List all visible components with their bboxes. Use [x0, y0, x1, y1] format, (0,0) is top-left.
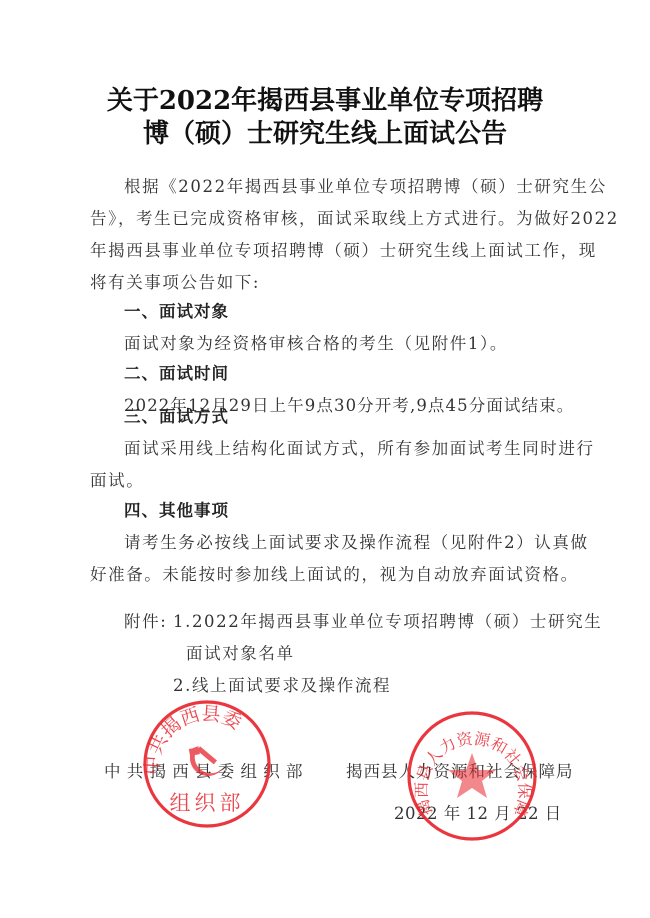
party-organization-seal-icon: 中共揭西县委 组织部 — [141, 698, 273, 830]
intro-line-1: 根据《2022年揭西县事业单位专项招聘博（硕）士研究生公 — [124, 173, 607, 197]
section-heading-3: 三、面试方式 — [124, 403, 229, 427]
intro-line-2: 告》，考生已完成资格审核，面试采取线上方式进行。为做好2022 — [90, 205, 619, 229]
attachment-1-line-1: 1.2022年揭西县事业单位专项招聘博（硕）士研究生 — [173, 608, 602, 632]
title-line-2: 博（硕）士研究生线上面试公告 — [0, 113, 650, 150]
title-line-1: 关于2022年揭西县事业单位专项招聘 — [0, 80, 650, 117]
section-heading-1: 一、面试对象 — [124, 298, 229, 322]
hr-bureau-seal-icon: 揭西县人力资源和社会保障局 — [405, 709, 539, 843]
svg-text:组织部: 组织部 — [170, 791, 245, 815]
attachment-1-line-2: 面试对象名单 — [186, 640, 295, 664]
attachment-2: 2.线上面试要求及操作流程 — [173, 672, 391, 696]
section-4-line-1: 请考生务必按线上面试要求及操作流程（见附件2）认真做 — [124, 529, 589, 553]
intro-line-4: 将有关事项公告如下: — [90, 269, 260, 293]
attachments-label: 附件: — [124, 608, 167, 632]
section-heading-2: 二、面试时间 — [124, 360, 229, 384]
section-1-line-1: 面试对象为经资格审核合格的考生（见附件1）。 — [124, 330, 508, 354]
section-3-line-1: 面试采用线上结构化面试方式，所有参加面试考生同时进行 — [124, 435, 595, 459]
intro-line-3: 年揭西县事业单位专项招聘博（硕）士研究生线上面试工作，现 — [90, 237, 597, 261]
section-heading-4: 四、其他事项 — [124, 497, 229, 521]
section-3-line-2: 面试。 — [90, 467, 144, 491]
section-4-line-2: 好准备。未能按时参加线上面试的，视为自动放弃面试资格。 — [90, 561, 579, 585]
